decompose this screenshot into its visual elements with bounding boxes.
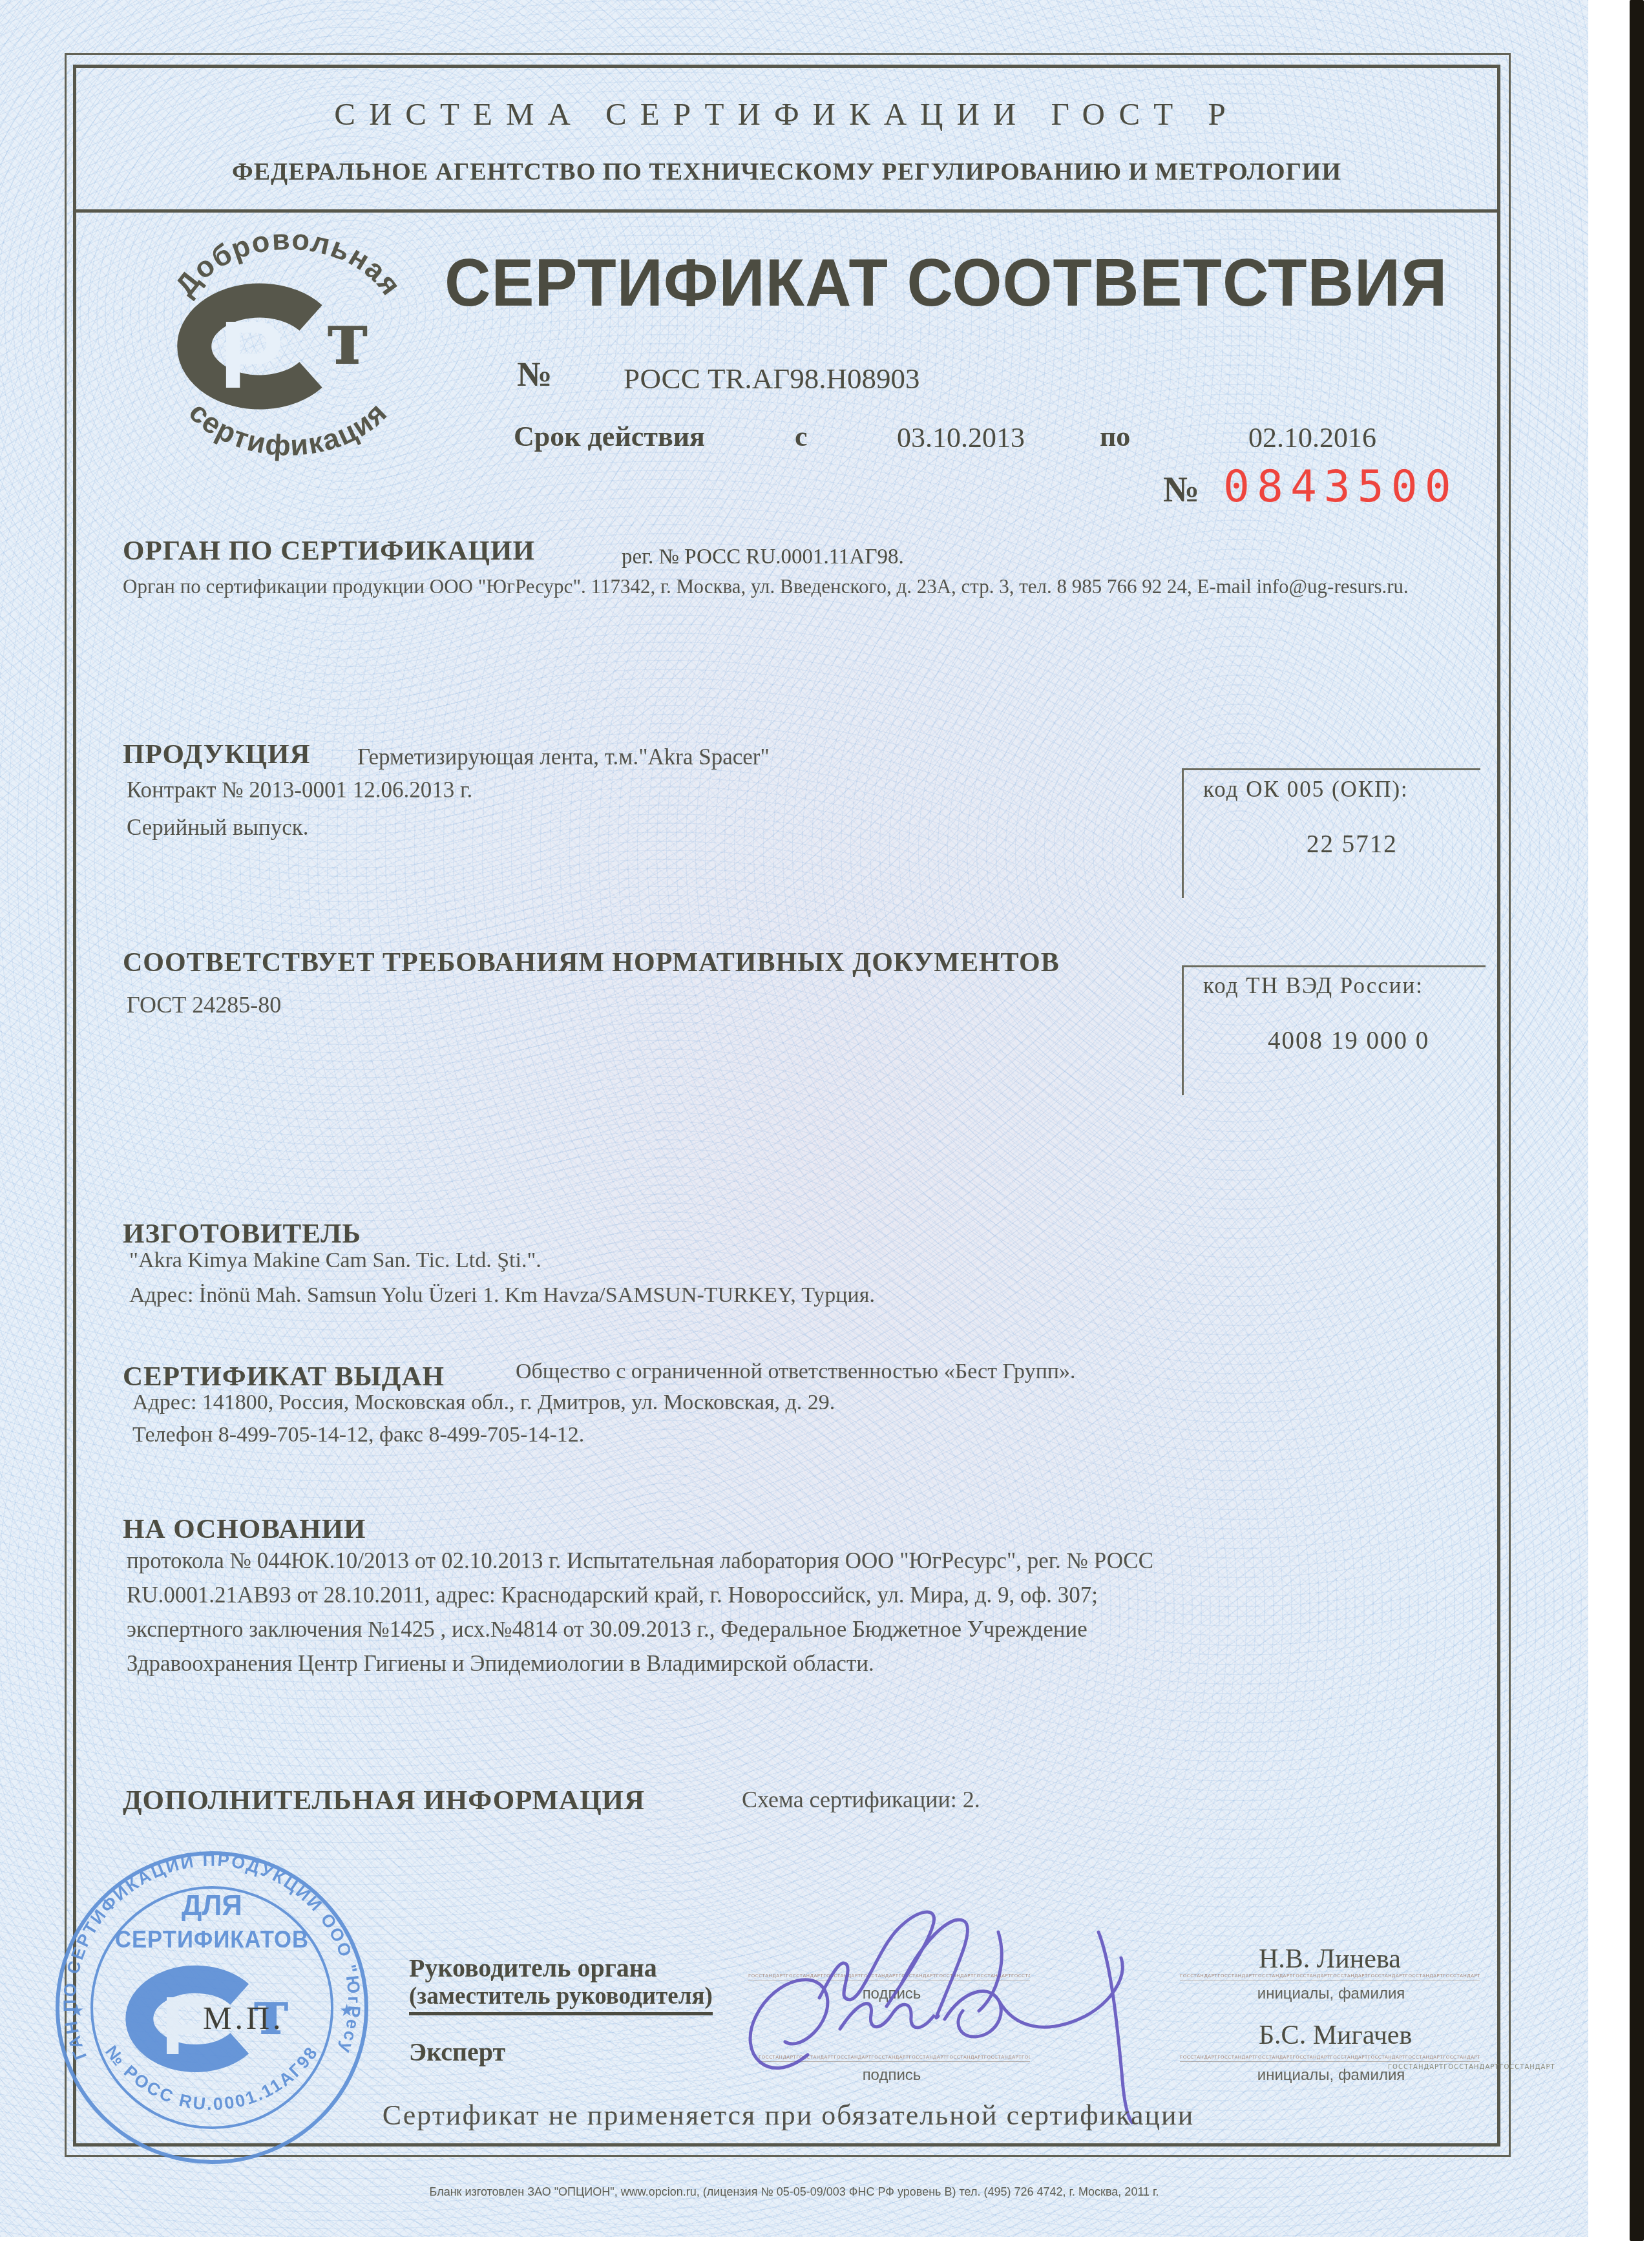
issued-to-section-title: СЕРТИФИКАТ ВЫДАН [123, 1361, 445, 1392]
head-name-caption: инициалы, фамилия [1254, 1985, 1409, 2003]
expert-name-line: ГОССТАНДАРТГОССТАНДАРТГОССТАНДАРТГОССТАН… [1180, 2055, 1480, 2062]
agency-title: ФЕДЕРАЛЬНОЕ АГЕНТСТВО ПО ТЕХНИЧЕСКОМУ РЕ… [73, 158, 1500, 186]
cert-number-value: РОСС TR.АГ98.Н08903 [624, 362, 919, 395]
scan-edge-strip [1630, 0, 1644, 2241]
basis-line-2: RU.0001.21АВ93 от 28.10.2011, адрес: Кра… [127, 1582, 1098, 1608]
okp-box-top-line [1182, 768, 1480, 770]
product-name: Герметизирующая лента, т.м."Akra Spacer" [357, 744, 770, 770]
basis-section-title: НА ОСНОВАНИИ [123, 1513, 366, 1545]
signature-strokes [750, 1912, 1132, 2123]
expert-name-caption: инициалы, фамилия [1254, 2066, 1409, 2084]
validity-to-date: 02.10.2016 [1248, 421, 1376, 454]
conformity-gost: ГОСТ 24285-80 [127, 991, 281, 1018]
organ-reg-number: рег. № РОСС RU.0001.11АГ98. [622, 545, 904, 569]
rst-mark-letter-t: т [326, 297, 370, 381]
certificate-title: СЕРТИФИКАТ СООТВЕТСТВИЯ [445, 244, 1447, 321]
validity-from-date: 03.10.2013 [897, 421, 1025, 454]
okp-code-value: 22 5712 [1307, 830, 1398, 859]
expert-role: Эксперт [409, 2037, 505, 2067]
tnved-box-left-line [1182, 965, 1184, 1095]
product-serial: Серийный выпуск. [127, 815, 309, 841]
product-section-title: ПРОДУКЦИЯ [123, 739, 311, 770]
head-role-line1: Руководитель органа [409, 1953, 657, 1983]
rst-mark-letter-r: Р [220, 302, 284, 408]
issued-to-address: Адрес: 141800, Россия, Московская обл., … [132, 1391, 835, 1415]
expert-name: Б.С. Мигачев [1259, 2020, 1412, 2051]
head-name: Н.В. Линева [1259, 1944, 1401, 1975]
blank-manufacturer-fine-print: Бланк изготовлен ЗАО "ОПЦИОН", www.opcio… [0, 2185, 1588, 2199]
blank-number-label: № [1163, 469, 1199, 510]
product-contract: Контракт № 2013-0001 12.06.2013 г. [127, 777, 472, 803]
basis-line-4: Здравоохранения Центр Гигиены и Эпидемио… [127, 1651, 874, 1677]
organ-details: Орган по сертификации продукции ООО "ЮгР… [123, 571, 1493, 602]
head-signature [819, 1912, 1002, 2018]
manufacturer-name: "Akra Kimya Makine Cam San. Tic. Ltd. Şt… [129, 1248, 541, 1273]
blank-number-value: 0843500 [1223, 461, 1458, 512]
additional-value: Схема сертификации: 2. [742, 1786, 980, 1813]
basis-line-1: протокола № 044ЮК.10/2013 от 02.10.2013 … [127, 1548, 1153, 1574]
stamp-place-mark: М.П. [203, 1999, 284, 2037]
border-microtext: ГОССТАНДАРТГОССТАНДАРТГОССТАНДАРТ [1388, 2064, 1555, 2071]
scanned-certificate: СИСТЕМА СЕРТИФИКАЦИИ ГОСТ Р ФЕДЕРАЛЬНОЕ … [0, 0, 1649, 2268]
cert-number-label: № [517, 354, 552, 394]
okp-box-left-line [1182, 768, 1184, 898]
additional-section-title: ДОПОЛНИТЕЛЬНАЯ ИНФОРМАЦИЯ [123, 1785, 645, 1816]
okp-code-label: код ОК 005 (ОКП): [1203, 777, 1409, 803]
tnved-code-value: 4008 19 000 0 [1268, 1026, 1429, 1055]
rst-mark-icon: Р т [194, 297, 371, 408]
tnved-box-top-line [1182, 965, 1486, 967]
stamp-line1: ДЛЯ [182, 1890, 242, 1922]
expert-signature [750, 1932, 1132, 2123]
mandatory-certification-note: Сертификат не применяется при обязательн… [284, 2099, 1292, 2132]
manufacturer-section-title: ИЗГОТОВИТЕЛЬ [123, 1218, 361, 1250]
organ-section-title: ОРГАН ПО СЕРТИФИКАЦИИ [123, 535, 535, 567]
validity-to-label: по [1100, 420, 1130, 453]
stamp-star-right-icon: ★ [339, 2000, 354, 2020]
issued-to-name: Общество с ограниченной ответственностью… [516, 1360, 1076, 1384]
stamp-star-left-icon: ★ [69, 2000, 84, 2020]
conformity-section-title: СООТВЕТСТВУЕТ ТРЕБОВАНИЯМ НОРМАТИВНЫХ ДО… [123, 947, 1060, 978]
manufacturer-address: Адрес: İnönü Mah. Samsun Yolu Üzeri 1. K… [129, 1283, 875, 1308]
validity-label: Срок действия [514, 420, 705, 453]
tnved-code-label: код ТН ВЭД России: [1203, 973, 1423, 999]
basis-line-3: экспертного заключения №1425 , исх.№4814… [127, 1617, 1087, 1643]
rst-logo: Добровольная сертификация Р т [158, 233, 419, 468]
header-divider [76, 209, 1497, 213]
stamp-line2: СЕРТИФИКАТОВ [115, 1926, 309, 1953]
system-title: СИСТЕМА СЕРТИФИКАЦИИ ГОСТ Р [73, 96, 1500, 132]
validity-from-label: с [795, 420, 808, 453]
head-role-line2: (заместитель руководителя) [409, 1982, 713, 2015]
issued-to-phone: Телефон 8-499-705-14-12, факс 8-499-705-… [132, 1423, 584, 1447]
